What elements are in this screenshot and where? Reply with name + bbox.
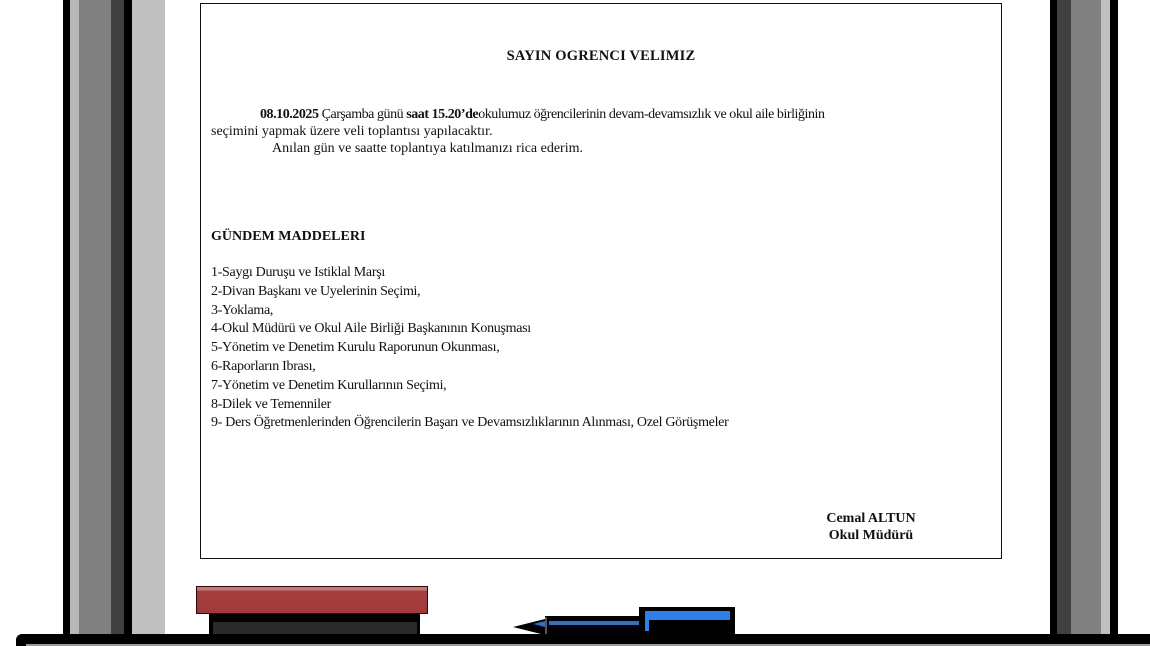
left-pillar <box>63 0 165 640</box>
agenda-list: 1-Saygı Duruşu ve Istiklal Marşı 2-Divan… <box>211 264 728 433</box>
right-pillar <box>1050 0 1118 640</box>
board-eraser-icon <box>196 586 428 614</box>
agenda-item: 5-Yönetim ve Denetim Kurulu Raporunun Ok… <box>211 339 728 358</box>
signatory-title: Okul Müdürü <box>761 527 981 544</box>
paragraph-line-3: Anılan gün ve saatte toplantıya katılman… <box>211 140 1001 157</box>
meeting-day: Çarşamba günü <box>319 107 407 122</box>
agenda-item: 2-Divan Başkanı ve Uyelerinin Seçimi, <box>211 283 728 302</box>
notice-title: SAYIN OGRENCI VELIMIZ <box>201 48 1001 65</box>
board-ledge <box>16 634 1150 646</box>
agenda-heading: GÜNDEM MADDELERI <box>211 229 365 245</box>
agenda-item: 8-Dilek ve Temenniler <box>211 396 728 415</box>
signatory-name: Cemal ALTUN <box>761 510 981 527</box>
meeting-time: saat 15.20’de <box>406 107 478 122</box>
agenda-item: 1-Saygı Duruşu ve Istiklal Marşı <box>211 264 728 283</box>
paragraph-line-1-rest: okulumuz öğrencilerinin devam-devamsızlı… <box>478 107 824 122</box>
agenda-item: 7-Yönetim ve Denetim Kurullarının Seçimi… <box>211 377 728 396</box>
agenda-item: 4-Okul Müdürü ve Okul Aile Birliği Başka… <box>211 320 728 339</box>
agenda-item: 9- Ders Öğretmenlerinden Öğrencilerin Ba… <box>211 414 728 433</box>
pen-tip <box>513 619 545 635</box>
signature-block: Cemal ALTUN Okul Müdürü <box>761 510 981 544</box>
notice-paragraph: 08.10.2025 Çarşamba günü saat 15.20’deok… <box>211 106 1001 157</box>
notice-document: SAYIN OGRENCI VELIMIZ 08.10.2025 Çarşamb… <box>200 3 1002 559</box>
agenda-item: 3-Yoklama, <box>211 302 728 321</box>
paragraph-line-1: 08.10.2025 Çarşamba günü saat 15.20’deok… <box>211 106 1001 123</box>
agenda-item: 6-Raporların Ibrası, <box>211 358 728 377</box>
paragraph-line-2: seçimini yapmak üzere veli toplantısı ya… <box>211 123 1001 140</box>
meeting-date: 08.10.2025 <box>260 107 319 122</box>
